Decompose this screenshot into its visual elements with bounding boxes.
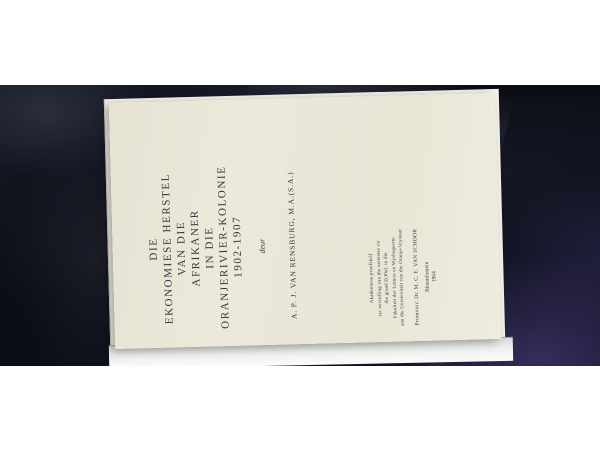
author-line: A. P. J. VAN RENSBURG, M.A.(S.A.): [285, 145, 300, 345]
title-page: DIE EKONOMIESE HERSTEL VAN DIE AFRIKANER…: [109, 93, 501, 349]
photo-listing-canvas: DIE EKONOMIESE HERSTEL VAN DIE AFRIKANER…: [0, 0, 600, 450]
promotor-line: Promotor: Dr. M. C. E. VAN SCHOOR: [410, 212, 421, 342]
rotated-title-page-text: DIE EKONOMIESE HERSTEL VAN DIE AFRIKANER…: [109, 92, 501, 350]
book-photograph: DIE EKONOMIESE HERSTEL VAN DIE AFRIKANER…: [0, 85, 600, 366]
imprint-block: Akademiese proefskrif ter vervulling van…: [367, 212, 440, 344]
byline: deur: [255, 146, 270, 346]
